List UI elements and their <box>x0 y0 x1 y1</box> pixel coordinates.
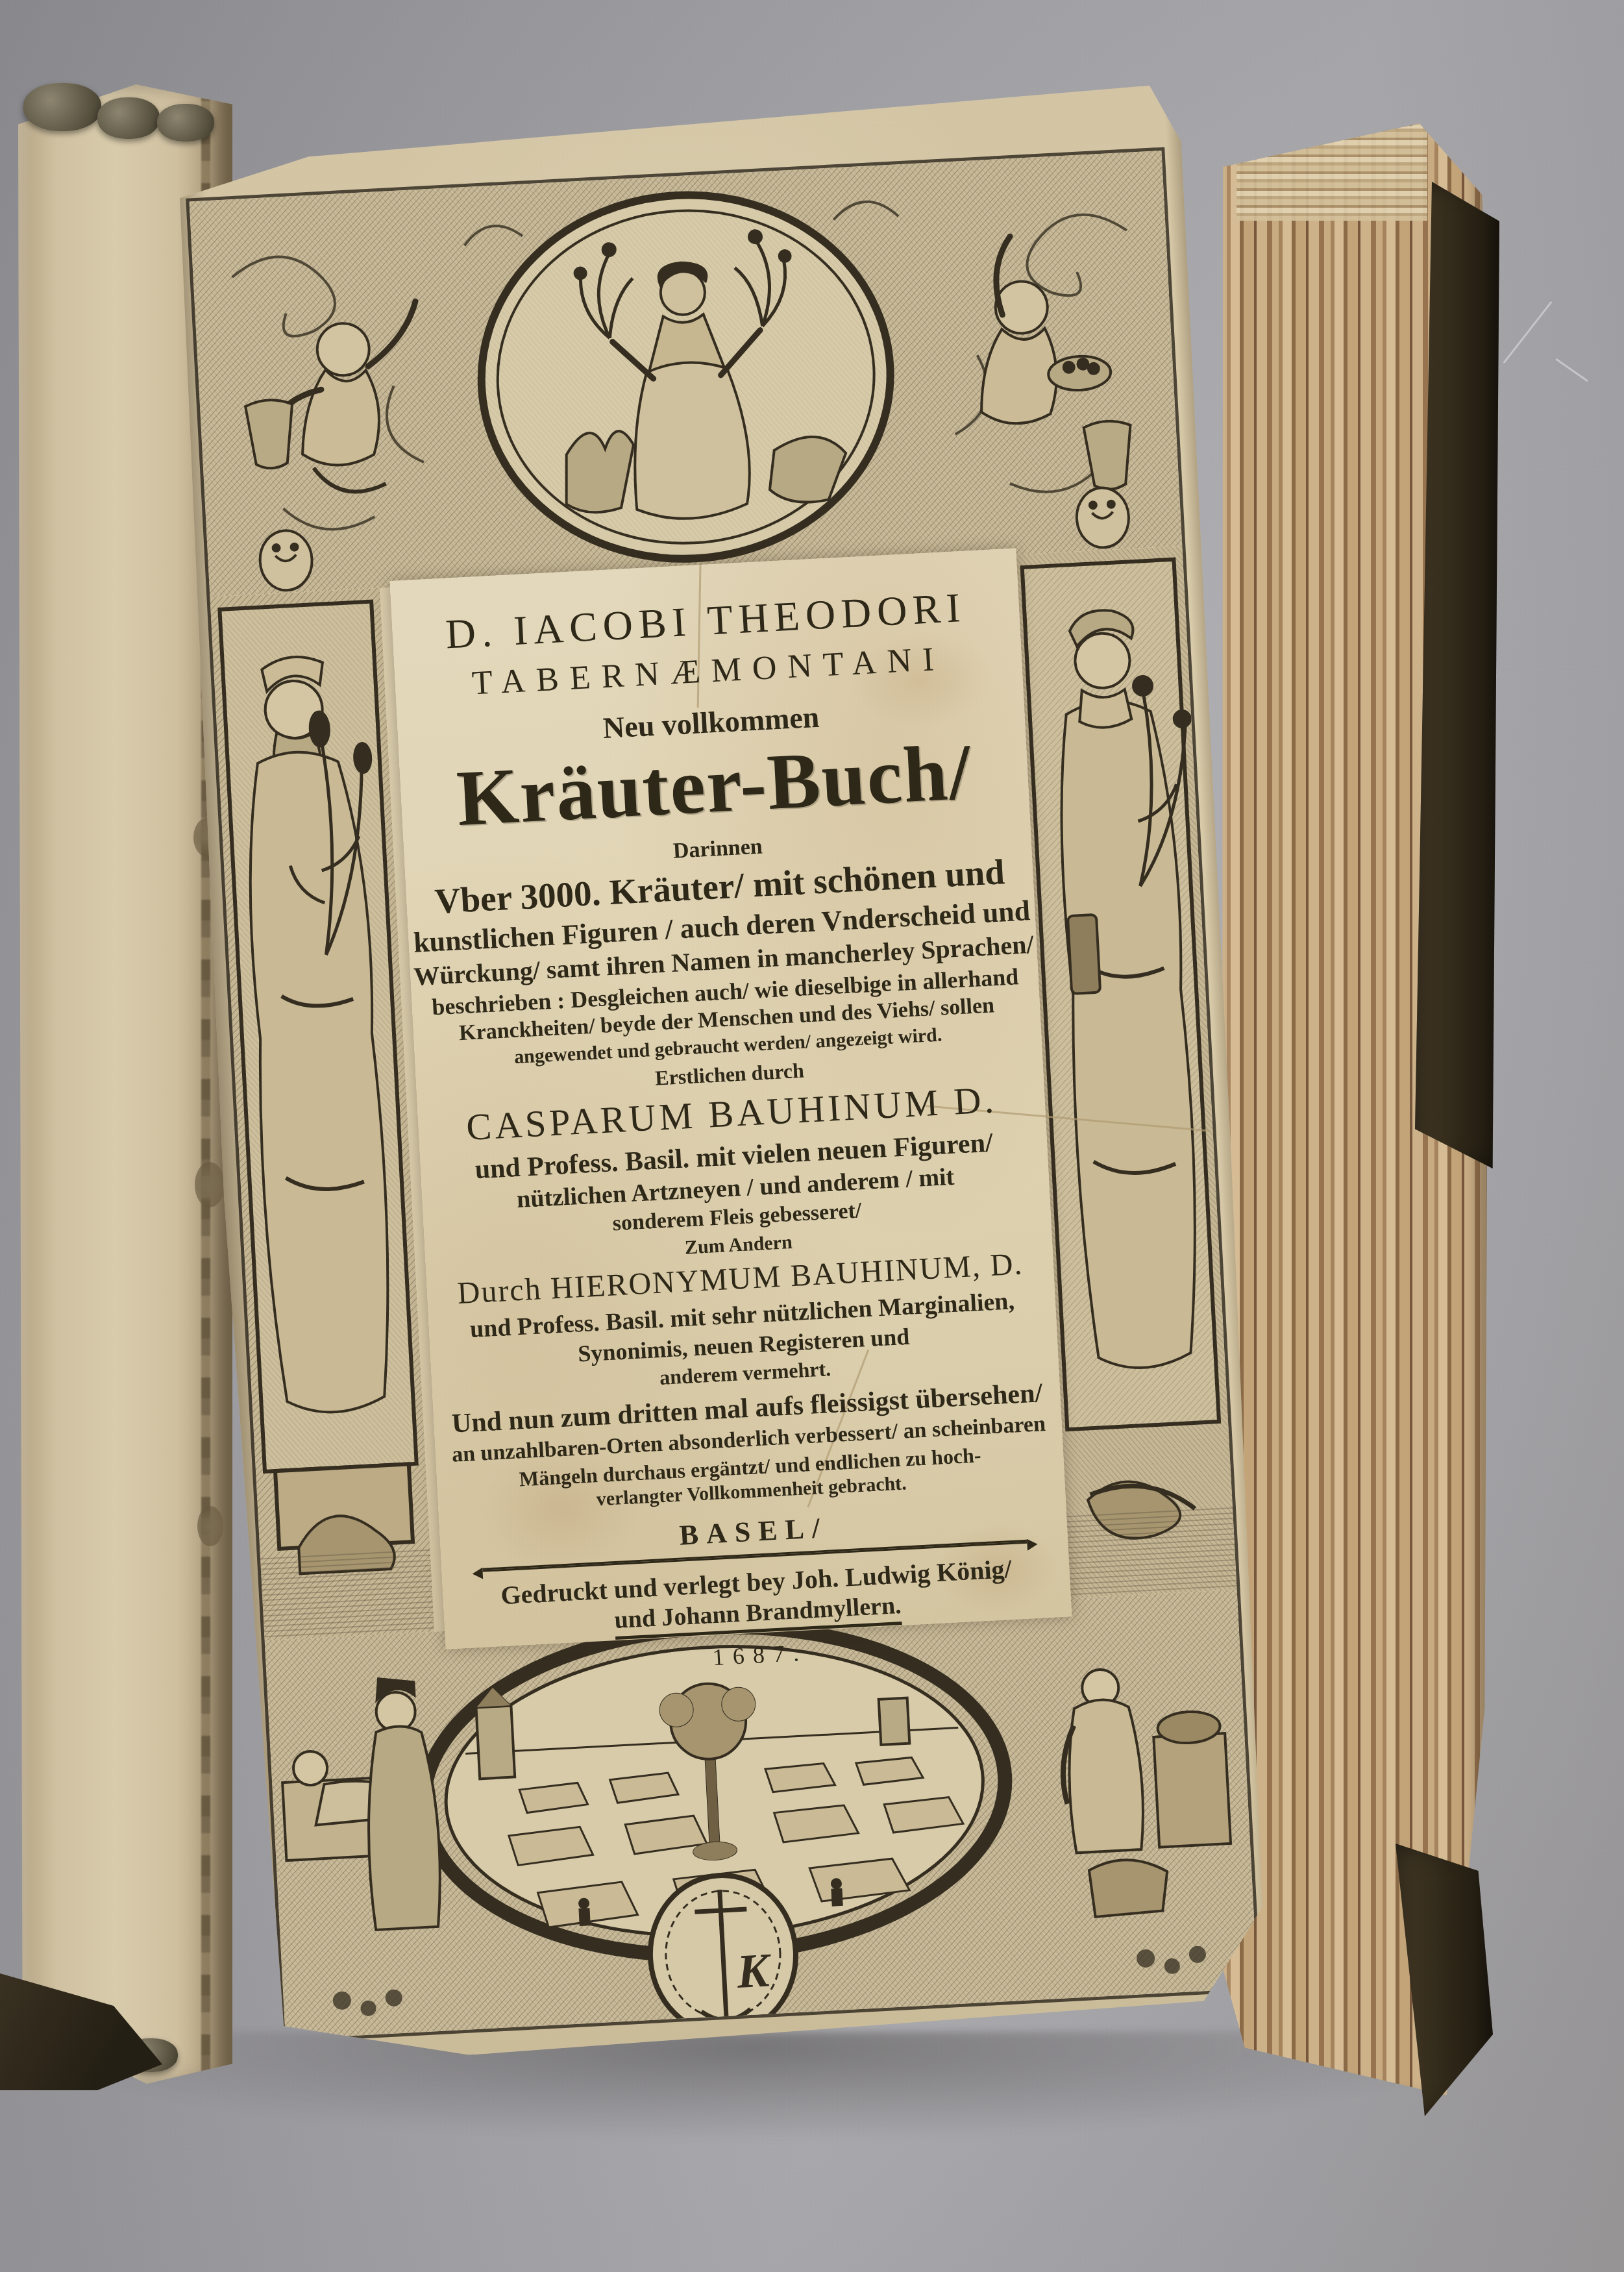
basket <box>1089 1858 1169 1917</box>
book-photo: K D. IACOBI THEODORI TABERNÆMONTANI Neu … <box>0 0 1624 2272</box>
letterpress-panel: D. IACOBI THEODORI TABERNÆMONTANI Neu vo… <box>389 548 1072 1649</box>
main-title: Kräuter-Buch/ <box>455 730 974 842</box>
sewing-knot <box>197 1506 223 1546</box>
erstlichen-durch-label: Erstlichen durch <box>654 1059 804 1090</box>
year: 1687. <box>712 1640 808 1670</box>
page-top-edge <box>1236 123 1427 221</box>
spine-cord <box>23 83 101 131</box>
sewing-knot <box>195 1162 225 1207</box>
patient <box>293 1751 328 1786</box>
background-scratch <box>1503 301 1552 364</box>
engraving-top-border <box>189 151 1182 597</box>
title-page: K D. IACOBI THEODORI TABERNÆMONTANI Neu … <box>164 84 1286 2066</box>
zum-andern-label: Zum Andern <box>684 1232 793 1259</box>
monogram-letter: K <box>735 1944 773 1999</box>
darinnen-label: Darinnen <box>672 835 763 863</box>
spine-cord <box>157 104 214 142</box>
furnace <box>1153 1733 1231 1847</box>
book-in-hand <box>1068 915 1100 994</box>
garden-pavilion <box>879 1698 910 1745</box>
background-scratch <box>1555 358 1588 382</box>
engraved-border-plate: K D. IACOBI THEODORI TABERNÆMONTANI Neu … <box>186 147 1261 2043</box>
editor2-line: anderem vermehrt. <box>659 1357 831 1389</box>
spine-cord <box>97 97 160 139</box>
title-text-block: D. IACOBI THEODORI TABERNÆMONTANI Neu vo… <box>389 548 1072 1649</box>
place-basel: BASEL/ <box>679 1513 829 1551</box>
castle-tower <box>476 1706 515 1779</box>
distiller-figure <box>1065 1698 1146 1853</box>
